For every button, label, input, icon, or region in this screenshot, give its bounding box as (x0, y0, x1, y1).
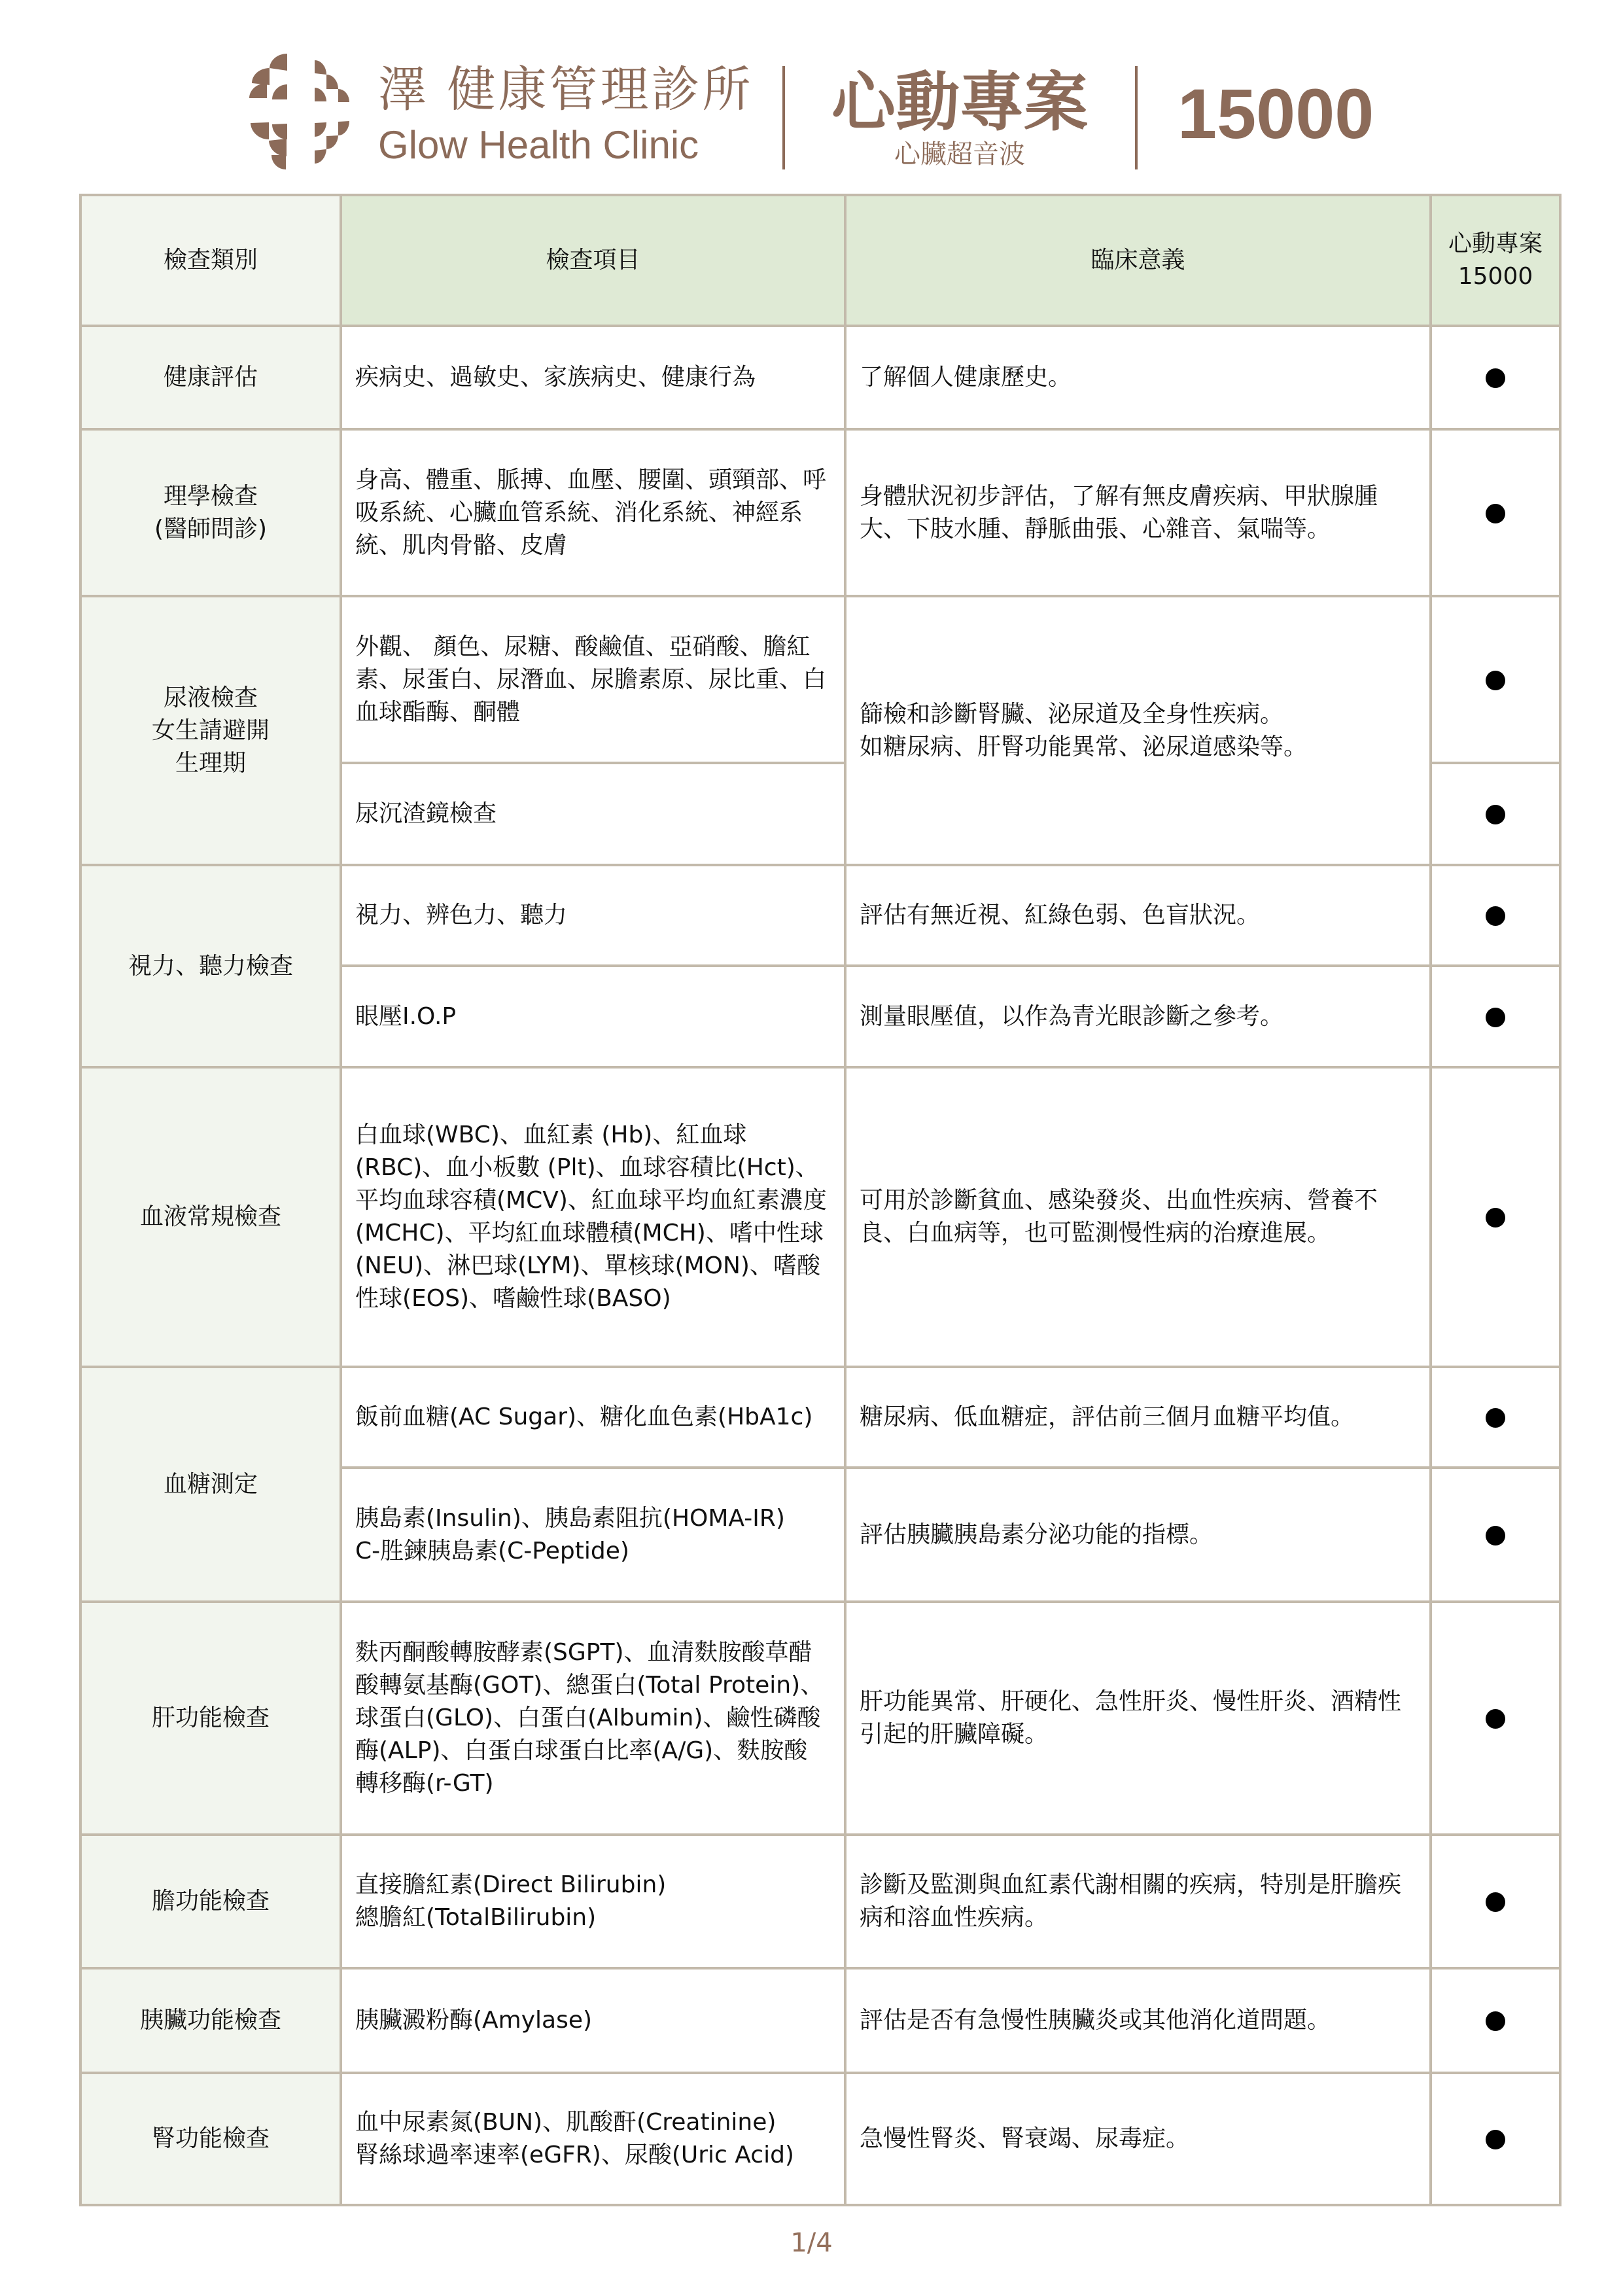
included-cell (1431, 1835, 1560, 1968)
table-row: 腎功能檢查 血中尿素氮(BUN)、肌酸酐(Creatinine) 腎絲球過率速率… (80, 2073, 1560, 2205)
included-bullet-icon (1486, 805, 1505, 824)
included-cell (1431, 966, 1560, 1067)
category-cell: 膽功能檢查 (80, 1835, 341, 1968)
table-row: 血液常規檢查 白血球(WBC)、血紅素 (Hb)、紅血球(RBC)、血小板數 (… (80, 1067, 1560, 1367)
category-cell: 肝功能檢查 (80, 1602, 341, 1835)
clinic-name-zh: 澤 健康管理診所 (378, 60, 754, 119)
table-row: 胰臟功能檢查 胰臟澱粉酶(Amylase) 評估是否有急慢性胰臟炎或其他消化道問… (80, 1968, 1560, 2073)
column-header-plan: 心動專案 15000 (1431, 195, 1560, 326)
included-cell (1431, 1602, 1560, 1835)
included-bullet-icon (1486, 1008, 1505, 1027)
table-row: 視力、聽力檢查 視力、辨色力、聽力 評估有無近視、紅綠色弱、色盲狀況。 (80, 865, 1560, 966)
plan-subtitle: 心臟超音波 (826, 139, 1094, 170)
category-cell: 視力、聽力檢查 (80, 865, 341, 1067)
meaning-cell: 篩檢和診斷腎臟、泌尿道及全身性疾病。 如糖尿病、肝腎功能異常、泌尿道感染等。 (845, 596, 1431, 865)
included-cell (1431, 1367, 1560, 1468)
category-cell: 理學檢查 (醫師問診) (80, 429, 341, 596)
item-cell: 血中尿素氮(BUN)、肌酸酐(Creatinine) 腎絲球過率速率(eGFR)… (341, 2073, 845, 2205)
category-cell: 健康評估 (80, 326, 341, 429)
item-cell: 胰島素(Insulin)、胰島素阻抗(HOMA-IR) C-胜鍊胰島素(C-Pe… (341, 1468, 845, 1602)
included-bullet-icon (1486, 671, 1505, 690)
included-cell (1431, 326, 1560, 429)
column-header-item: 檢查項目 (341, 195, 845, 326)
header-divider (782, 66, 785, 169)
included-bullet-icon (1486, 1208, 1505, 1227)
page-number: 1/4 (0, 2225, 1623, 2261)
item-cell: 視力、辨色力、聽力 (341, 865, 845, 966)
included-bullet-icon (1486, 2011, 1505, 2031)
category-cell: 血液常規檢查 (80, 1067, 341, 1367)
table-row: 肝功能檢查 麩丙酮酸轉胺酵素(SGPT)、血清麩胺酸草醋酸轉氨基酶(GOT)、總… (80, 1602, 1560, 1835)
item-cell: 外觀、 顏色、尿糖、酸鹼值、亞硝酸、膽紅素、尿蛋白、尿潛血、尿膽素原、尿比重、白… (341, 596, 845, 763)
item-cell: 身高、體重、脈搏、血壓、腰圍、頭頸部、呼吸系統、心臟血管系統、消化系統、神經系統… (341, 429, 845, 596)
meaning-cell: 身體狀況初步評估，了解有無皮膚疾病、甲狀腺腫大、下肢水腫、靜脈曲張、心雜音、氣喘… (845, 429, 1431, 596)
meaning-cell: 急慢性腎炎、腎衰竭、尿毒症。 (845, 2073, 1431, 2205)
included-bullet-icon (1486, 1892, 1505, 1912)
meaning-cell: 可用於診斷貧血、感染發炎、出血性疾病、營養不良、白血病等，也可監測慢性病的治療進… (845, 1067, 1431, 1367)
meaning-cell: 糖尿病、低血糖症，評估前三個月血糖平均值。 (845, 1367, 1431, 1468)
included-bullet-icon (1486, 1526, 1505, 1545)
column-header-meaning: 臨床意義 (845, 195, 1431, 326)
category-cell: 尿液檢查 女生請避開 生理期 (80, 596, 341, 865)
table-header-row: 檢查類別 檢查項目 臨床意義 心動專案 15000 (80, 195, 1560, 326)
item-cell: 直接膽紅素(Direct Bilirubin) 總膽紅(TotalBilirub… (341, 1835, 845, 1968)
clinic-logo-icon (249, 54, 355, 169)
included-cell (1431, 1468, 1560, 1602)
item-cell: 飯前血糖(AC Sugar)、糖化血色素(HbA1c) (341, 1367, 845, 1468)
plan-price: 15000 (1178, 73, 1374, 154)
item-cell: 胰臟澱粉酶(Amylase) (341, 1968, 845, 2073)
included-bullet-icon (1486, 1408, 1505, 1428)
item-cell: 尿沉渣鏡檢查 (341, 763, 845, 865)
category-cell: 血糖測定 (80, 1367, 341, 1602)
meaning-cell: 評估是否有急慢性胰臟炎或其他消化道問題。 (845, 1968, 1431, 2073)
table-row: 血糖測定 飯前血糖(AC Sugar)、糖化血色素(HbA1c) 糖尿病、低血糖… (80, 1367, 1560, 1468)
included-cell (1431, 1067, 1560, 1367)
included-cell (1431, 1968, 1560, 2073)
item-cell: 眼壓I.O.P (341, 966, 845, 1067)
plan-title: 心動專案 (826, 64, 1094, 141)
clinic-name-en: Glow Health Clinic (378, 122, 699, 169)
meaning-cell: 評估有無近視、紅綠色弱、色盲狀況。 (845, 865, 1431, 966)
included-cell (1431, 865, 1560, 966)
page-header: 澤 健康管理診所 Glow Health Clinic 心動專案 心臟超音波 1… (0, 0, 1623, 190)
included-cell (1431, 429, 1560, 596)
included-cell (1431, 2073, 1560, 2205)
meaning-cell: 了解個人健康歷史。 (845, 326, 1431, 429)
item-cell: 疾病史、過敏史、家族病史、健康行為 (341, 326, 845, 429)
category-cell: 胰臟功能檢查 (80, 1968, 341, 2073)
table-row: 理學檢查 (醫師問診) 身高、體重、脈搏、血壓、腰圍、頭頸部、呼吸系統、心臟血管… (80, 429, 1560, 596)
header-divider (1135, 66, 1138, 169)
included-bullet-icon (1486, 906, 1505, 926)
included-bullet-icon (1486, 2130, 1505, 2149)
exam-items-table: 檢查類別 檢查項目 臨床意義 心動專案 15000 健康評估 疾病史、過敏史、家… (79, 194, 1562, 2206)
table-row: 健康評估 疾病史、過敏史、家族病史、健康行為 了解個人健康歷史。 (80, 326, 1560, 429)
included-cell (1431, 763, 1560, 865)
included-bullet-icon (1486, 504, 1505, 523)
item-cell: 白血球(WBC)、血紅素 (Hb)、紅血球(RBC)、血小板數 (Plt)、血球… (341, 1067, 845, 1367)
meaning-cell: 肝功能異常、肝硬化、急性肝炎、慢性肝炎、酒精性引起的肝臟障礙。 (845, 1602, 1431, 1835)
category-cell: 腎功能檢查 (80, 2073, 341, 2205)
table-row: 尿液檢查 女生請避開 生理期 外觀、 顏色、尿糖、酸鹼值、亞硝酸、膽紅素、尿蛋白… (80, 596, 1560, 763)
included-bullet-icon (1486, 1709, 1505, 1729)
meaning-cell: 診斷及監測與血紅素代謝相關的疾病，特別是肝膽疾病和溶血性疾病。 (845, 1835, 1431, 1968)
table-row: 膽功能檢查 直接膽紅素(Direct Bilirubin) 總膽紅(TotalB… (80, 1835, 1560, 1968)
included-bullet-icon (1486, 368, 1505, 388)
meaning-cell: 測量眼壓值，以作為青光眼診斷之參考。 (845, 966, 1431, 1067)
meaning-cell: 評估胰臟胰島素分泌功能的指標。 (845, 1468, 1431, 1602)
item-cell: 麩丙酮酸轉胺酵素(SGPT)、血清麩胺酸草醋酸轉氨基酶(GOT)、總蛋白(Tot… (341, 1602, 845, 1835)
included-cell (1431, 596, 1560, 763)
column-header-category: 檢查類別 (80, 195, 341, 326)
